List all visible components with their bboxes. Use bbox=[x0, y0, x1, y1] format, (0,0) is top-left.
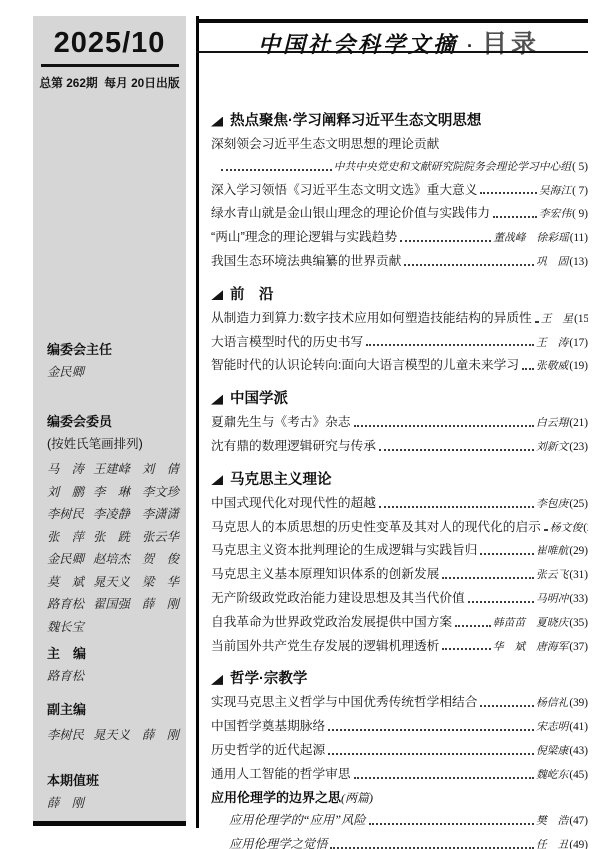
committee-member-name: 贺 俊 bbox=[142, 548, 184, 571]
toc-entry-page: (11) bbox=[570, 227, 588, 250]
vertical-divider-rule bbox=[196, 16, 199, 828]
leader-dots bbox=[379, 435, 534, 451]
toc-entry-title: 实现马克思主义哲学与中国优秀传统哲学相结合 bbox=[211, 691, 477, 714]
masthead: 中国社会科学文摘 · 目录 bbox=[210, 24, 588, 51]
toc-entry-authors: 崔唯航 bbox=[536, 540, 568, 563]
toc-entry-authors: 李宏伟 bbox=[539, 203, 571, 226]
committee-members-note: (按姓氏笔画排列) bbox=[47, 436, 184, 452]
section-triangle-icon bbox=[211, 675, 223, 685]
toc-entry-title: 智能时代的认识论转向:面向大语言模型的儿童未来学习 bbox=[211, 354, 519, 377]
editorial-director-label: 编委会主任 bbox=[47, 342, 184, 358]
toc-entry-title: 中国式现代化对现代性的超越 bbox=[211, 492, 376, 515]
toc-entry-page: (25) bbox=[569, 493, 588, 516]
chief-editor-name: 路育松 bbox=[47, 668, 184, 684]
toc-entry-page: (15) bbox=[574, 308, 588, 331]
toc-entry-page: (23) bbox=[569, 436, 588, 459]
leader-dots bbox=[493, 202, 537, 218]
toc-entry-authors: 刘新文 bbox=[536, 436, 568, 459]
toc-entry: 当前国外共产党生存发展的逻辑机理透析华 斌 唐海军(37) bbox=[211, 635, 588, 659]
toc-section: 热点聚焦·学习阐释习近平生态文明思想深刻领会习近平生态文明思想的理论贡献中共中央… bbox=[211, 110, 588, 274]
toc-entry-page: ( 9) bbox=[572, 203, 588, 226]
toc-entry-title: 马克思主义基本原理知识体系的创新发展 bbox=[211, 563, 439, 586]
committee-member-name: 晁天义 bbox=[93, 571, 142, 594]
leader-dots bbox=[522, 354, 534, 370]
toc-entry-page: (27) bbox=[583, 517, 588, 540]
deputy-editors-label: 副主编 bbox=[47, 702, 184, 718]
committee-member-name: 李 琳 bbox=[93, 481, 142, 504]
leader-dots bbox=[442, 635, 490, 651]
section-triangle-icon bbox=[211, 475, 223, 485]
leader-dots bbox=[480, 691, 534, 707]
toc-entry: 智能时代的认识论转向:面向大语言模型的儿童未来学习张敬威(19) bbox=[211, 354, 588, 378]
journal-toc-page: { "masthead": { "issue_number": "2025/10… bbox=[0, 0, 605, 849]
toc-entry: 无产阶级政党政治能力建设思想及其当代价值马明冲(33) bbox=[211, 587, 588, 611]
toc-entry: 从制造力到算力:数字技术应用如何塑造技能结构的异质性王 星(15) bbox=[211, 307, 588, 331]
toc-entry: 夏鼐先生与《考古》杂志白云翔(21) bbox=[211, 411, 588, 435]
toc-entry-title: 大语言模型时代的历史书写 bbox=[211, 331, 363, 354]
section-triangle-icon bbox=[211, 290, 223, 300]
toc-entry-page: (47) bbox=[569, 810, 588, 833]
toc-section-title: 哲学·宗教学 bbox=[230, 668, 307, 691]
masthead-bottom-rule bbox=[196, 51, 588, 53]
toc-entry-title: 我国生态环境法典编纂的世界贡献 bbox=[211, 250, 401, 273]
toc-entry: 沈有鼎的数理逻辑研究与传承刘新文(23) bbox=[211, 435, 588, 459]
committee-member-name: 刘 鹏 bbox=[47, 481, 93, 504]
toc-entry-authors: 杨文俊 bbox=[550, 517, 582, 540]
chief-editor-label: 主 编 bbox=[47, 646, 184, 662]
toc-entry-page: (45) bbox=[569, 764, 588, 787]
committee-member-name: 张 萍 bbox=[47, 526, 93, 549]
toc-entry-authors: 董战峰 徐彩瑶 bbox=[493, 227, 569, 250]
toc-entry-title: 通用人工智能的哲学审思 bbox=[211, 763, 351, 786]
toc-entry: 马克思主义资本批判理论的生成逻辑与实践旨归崔唯航(29) bbox=[211, 539, 588, 563]
committee-member-name: 路育松 bbox=[47, 593, 93, 616]
toc-section: 马克思主义理论中国式现代化对现代性的超越李包庚(25)马克思人的本质思想的历史性… bbox=[211, 469, 588, 659]
duty-editor-label: 本期值班 bbox=[47, 773, 184, 789]
committee-member-name: 王建峰 bbox=[93, 458, 142, 481]
leader-dots bbox=[330, 833, 534, 849]
toc-entry-page: ( 5) bbox=[572, 156, 588, 179]
leader-dots bbox=[366, 331, 534, 347]
editorial-director-name: 金民卿 bbox=[47, 364, 184, 380]
committee-member-name: 李潇潇 bbox=[142, 503, 184, 526]
leader-dots bbox=[354, 763, 534, 779]
group-title-text: 应用伦理学的边界之思 bbox=[211, 790, 341, 805]
committee-member-name: 李树民 bbox=[47, 724, 93, 747]
contents-label: 目录 bbox=[482, 24, 540, 60]
committee-member-name: 张云华 bbox=[142, 526, 184, 549]
toc-entry-title: 从制造力到算力:数字技术应用如何塑造技能结构的异质性 bbox=[211, 307, 532, 330]
toc-section: 中国学派夏鼐先生与《考古》杂志白云翔(21)沈有鼎的数理逻辑研究与传承刘新文(2… bbox=[211, 388, 588, 459]
toc-entry-title: 当前国外共产党生存发展的逻辑机理透析 bbox=[211, 635, 439, 658]
toc-entry: 马克思人的本质思想的历史性变革及其对人的现代化的启示杨文俊(27) bbox=[211, 516, 588, 540]
toc-entry-authors: 中共中央党史和文献研究院院务会理论学习中心组 bbox=[334, 156, 572, 179]
toc-entry-title: 深刻领会习近平生态文明思想的理论贡献 bbox=[211, 133, 439, 156]
leader-dots bbox=[400, 226, 491, 242]
toc-entry-authors: 王 涛 bbox=[536, 332, 568, 355]
toc-entry: 历史哲学的近代起源倪梁康(43) bbox=[211, 739, 588, 763]
toc-entry-authors: 白云翔 bbox=[536, 412, 568, 435]
toc-entry-title: 应用伦理学之觉悟 bbox=[229, 833, 327, 849]
table-of-contents: 热点聚焦·学习阐释习近平生态文明思想深刻领会习近平生态文明思想的理论贡献中共中央… bbox=[211, 110, 588, 849]
leader-dots bbox=[328, 715, 534, 731]
toc-section-title: 马克思主义理论 bbox=[230, 469, 332, 492]
toc-entry-page: (31) bbox=[569, 564, 588, 587]
toc-entry-page: (21) bbox=[569, 412, 588, 435]
leader-dots bbox=[379, 492, 534, 508]
toc-entry: 马克思主义基本原理知识体系的创新发展张云飞(31) bbox=[211, 563, 588, 587]
leader-dots bbox=[404, 250, 534, 266]
toc-entry-page: (39) bbox=[569, 692, 588, 715]
committee-member-name: 梁 华 bbox=[142, 571, 184, 594]
toc-entry: 绿水青山就是金山银山理念的理论价值与实践伟力李宏伟( 9) bbox=[211, 202, 588, 226]
masthead-top-rule bbox=[196, 19, 588, 23]
leader-dots bbox=[480, 179, 536, 195]
committee-member-name: 翟国强 bbox=[93, 593, 142, 616]
leader-dots bbox=[468, 587, 534, 603]
toc-entry: 通用人工智能的哲学审思魏屹东(45) bbox=[211, 763, 588, 787]
toc-section: 前 沿从制造力到算力:数字技术应用如何塑造技能结构的异质性王 星(15)大语言模… bbox=[211, 284, 588, 378]
toc-entry-authors: 张敬威 bbox=[536, 355, 568, 378]
committee-member-name: 李文珍 bbox=[142, 481, 184, 504]
committee-members-list: 马 涛王建峰刘 倩刘 鹏李 琳李文珍李树民李凌静李潇潇张 萍张 跣张云华金民卿赵… bbox=[47, 458, 184, 638]
toc-section-header: 前 沿 bbox=[211, 284, 588, 307]
toc-entry: 应用伦理学的“应用”风险樊 浩(47) bbox=[211, 809, 588, 833]
leader-dots bbox=[369, 809, 534, 825]
toc-entry: 自我革命为世界政党政治发展提供中国方案韩苗苗 夏晓庆(35) bbox=[211, 611, 588, 635]
committee-member-name: 薛 刚 bbox=[142, 724, 184, 747]
journal-title: 中国社会科学文摘 bbox=[258, 28, 458, 59]
toc-entry-page: (33) bbox=[569, 588, 588, 611]
committee-member-name: 莫 斌 bbox=[47, 571, 93, 594]
toc-entry-page: (35) bbox=[569, 612, 588, 635]
toc-entry-authors: 巩 固 bbox=[536, 251, 568, 274]
toc-entry: 我国生态环境法典编纂的世界贡献巩 固(13) bbox=[211, 250, 588, 274]
toc-entry-title: 深入学习领悟《习近平生态文明文选》重大意义 bbox=[211, 179, 477, 202]
committee-member-name: 赵培杰 bbox=[93, 548, 142, 571]
toc-entry-title: “两山”理念的理论逻辑与实践趋势 bbox=[211, 226, 397, 249]
committee-member-name: 李树民 bbox=[47, 503, 93, 526]
leader-dots bbox=[544, 516, 548, 532]
toc-section-header: 热点聚焦·学习阐释习近平生态文明思想 bbox=[211, 110, 588, 133]
toc-entry-authors: 宋志明 bbox=[536, 716, 568, 739]
leader-dots bbox=[480, 539, 534, 555]
section-triangle-icon bbox=[211, 117, 223, 127]
toc-entry: 应用伦理学之觉悟任 丑(49) bbox=[211, 833, 588, 849]
toc-entry-page: (19) bbox=[569, 355, 588, 378]
toc-entry-page: (43) bbox=[569, 740, 588, 763]
toc-entry-title: 自我革命为世界政党政治发展提供中国方案 bbox=[211, 611, 452, 634]
toc-entry-authors: 杨信礼 bbox=[536, 692, 568, 715]
group-title-note: (两篇) bbox=[341, 791, 373, 805]
issue-divider-rule bbox=[41, 64, 179, 67]
committee-member-name: 张 跣 bbox=[93, 526, 142, 549]
committee-member-name: 晁天义 bbox=[93, 724, 142, 747]
committee-member-name: 金民卿 bbox=[47, 548, 93, 571]
toc-entry-authors: 华 斌 唐海军 bbox=[493, 636, 569, 659]
toc-entry-title: 马克思主义资本批判理论的生成逻辑与实践旨归 bbox=[211, 539, 477, 562]
toc-entry-authors: 张云飞 bbox=[536, 564, 568, 587]
committee-member-name: 马 涛 bbox=[47, 458, 93, 481]
committee-member-name: 李凌静 bbox=[93, 503, 142, 526]
masthead-dot-separator: · bbox=[467, 36, 473, 57]
toc-entry-title: 应用伦理学的“应用”风险 bbox=[229, 809, 366, 832]
toc-entry: 深刻领会习近平生态文明思想的理论贡献 bbox=[211, 133, 588, 156]
toc-entry-page: ( 7) bbox=[572, 180, 588, 203]
toc-entry-title: 夏鼐先生与《考古》杂志 bbox=[211, 411, 351, 434]
leader-dots bbox=[455, 611, 491, 627]
issue-number: 2025/10 bbox=[33, 16, 186, 60]
toc-entry-authors: 李包庚 bbox=[536, 493, 568, 516]
toc-entry: 中共中央党史和文献研究院院务会理论学习中心组( 5) bbox=[211, 156, 588, 179]
toc-entry-title: 马克思人的本质思想的历史性变革及其对人的现代化的启示 bbox=[211, 516, 541, 539]
toc-entry-page: (49) bbox=[569, 834, 588, 849]
toc-entry-title: 历史哲学的近代起源 bbox=[211, 739, 325, 762]
toc-entry-authors: 韩苗苗 夏晓庆 bbox=[493, 612, 569, 635]
toc-entry-page: (29) bbox=[569, 540, 588, 563]
toc-section-title: 热点聚焦·学习阐释习近平生态文明思想 bbox=[230, 110, 481, 133]
toc-entry-authors: 倪梁康 bbox=[536, 740, 568, 763]
issue-info-panel: 2025/10 总第 262期 每月 20日出版 编委会主任 金民卿 编委会委员… bbox=[33, 16, 186, 826]
toc-entry-authors: 吴海江 bbox=[539, 180, 571, 203]
toc-entry-title: 无产阶级政党政治能力建设思想及其当代价值 bbox=[211, 587, 465, 610]
toc-entry-page: (17) bbox=[569, 332, 588, 355]
leader-dots bbox=[328, 739, 534, 755]
committee-member-name: 刘 倩 bbox=[142, 458, 184, 481]
toc-entry: “两山”理念的理论逻辑与实践趋势董战峰 徐彩瑶(11) bbox=[211, 226, 588, 250]
committee-member-name: 魏长宝 bbox=[47, 616, 93, 639]
toc-entry-title: 中国哲学奠基期脉络 bbox=[211, 715, 325, 738]
toc-entry-authors: 魏屹东 bbox=[536, 764, 568, 787]
toc-section-header: 中国学派 bbox=[211, 388, 588, 411]
leader-dots bbox=[221, 156, 332, 171]
duty-editor-name: 薛 刚 bbox=[47, 795, 184, 811]
issue-meta: 总第 262期 每月 20日出版 bbox=[33, 74, 186, 91]
committee-member-name: 薛 刚 bbox=[142, 593, 184, 616]
toc-entry-authors: 马明冲 bbox=[536, 588, 568, 611]
deputy-editors-list: 李树民晁天义薛 刚 bbox=[47, 724, 184, 747]
section-triangle-icon bbox=[211, 395, 223, 405]
toc-entry-authors: 王 星 bbox=[541, 308, 573, 331]
toc-entry-page: (41) bbox=[569, 716, 588, 739]
toc-entry-page: (13) bbox=[569, 251, 588, 274]
toc-section-title: 前 沿 bbox=[230, 284, 274, 307]
leader-dots bbox=[535, 307, 539, 323]
editorial-director-block: 编委会主任 bbox=[47, 342, 184, 358]
toc-entry-title: 绿水青山就是金山银山理念的理论价值与实践伟力 bbox=[211, 202, 490, 225]
toc-entry-title: 沈有鼎的数理逻辑研究与传承 bbox=[211, 435, 376, 458]
toc-entry: 中国式现代化对现代性的超越李包庚(25) bbox=[211, 492, 588, 516]
toc-group-title: 应用伦理学的边界之思(两篇) bbox=[211, 787, 588, 810]
committee-members-label: 编委会委员 bbox=[47, 414, 184, 430]
toc-entry: 中国哲学奠基期脉络宋志明(41) bbox=[211, 715, 588, 739]
toc-entry: 大语言模型时代的历史书写王 涛(17) bbox=[211, 331, 588, 355]
toc-section-header: 马克思主义理论 bbox=[211, 469, 588, 492]
toc-section: 哲学·宗教学实现马克思主义哲学与中国优秀传统哲学相结合杨信礼(39)中国哲学奠基… bbox=[211, 668, 588, 849]
toc-entry: 实现马克思主义哲学与中国优秀传统哲学相结合杨信礼(39) bbox=[211, 691, 588, 715]
toc-entry-page: (37) bbox=[569, 636, 588, 659]
leader-dots bbox=[442, 563, 534, 579]
leader-dots bbox=[354, 411, 534, 427]
toc-entry: 深入学习领悟《习近平生态文明文选》重大意义吴海江( 7) bbox=[211, 179, 588, 203]
toc-entry-authors: 任 丑 bbox=[536, 834, 568, 849]
toc-section-title: 中国学派 bbox=[230, 388, 288, 411]
toc-entry-authors: 樊 浩 bbox=[536, 810, 568, 833]
toc-section-header: 哲学·宗教学 bbox=[211, 668, 588, 691]
